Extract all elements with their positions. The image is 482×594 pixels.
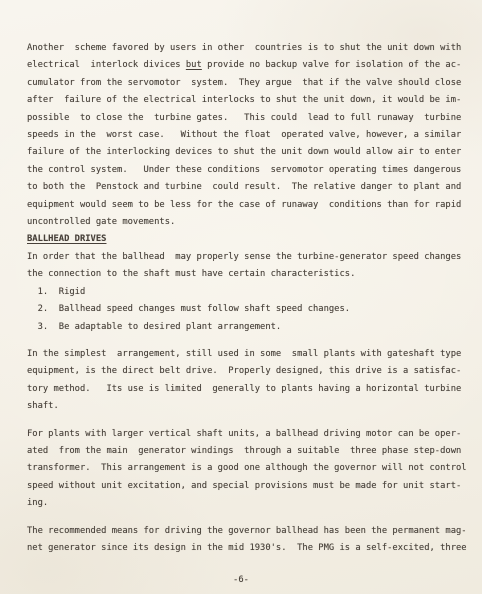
text-segment: tory method. Its use is limited generall… [27,384,461,394]
document-body: Another scheme favored by users in other… [27,40,466,557]
heading-line: BALLHEAD DRIVES [27,231,466,248]
text-line: after failure of the electrical interloc… [27,92,466,109]
text-segment: In order that the ballhead may properly … [27,252,461,262]
text-line: cumulator from the servomotor system. Th… [27,75,466,92]
text-segment: provide no backup valve for isolation of… [202,60,462,70]
text-line: to both the Penstock and turbine could r… [27,179,466,196]
text-segment: equipment, is the direct belt drive. Pro… [27,366,461,376]
paragraph: In the simplest arrangement, still used … [27,346,466,416]
text-segment: shaft. [27,401,59,411]
list-item: 3. Be adaptable to desired plant arrange… [27,319,466,336]
text-segment: cumulator from the servomotor system. Th… [27,78,461,88]
list-item: 2. Ballhead speed changes must follow sh… [27,301,466,318]
text-segment: equipment would seem to be less for the … [27,200,461,210]
text-segment: the control system. Under these conditio… [27,165,461,175]
text-segment: ated from the main generator windings th… [27,446,461,456]
paragraph: For plants with larger vertical shaft un… [27,426,466,513]
text-line: speed without unit excitation, and speci… [27,478,466,495]
text-line: For plants with larger vertical shaft un… [27,426,466,443]
text-segment: failure of the interlocking devices to s… [27,147,461,157]
paragraph: Another scheme favored by users in other… [27,40,466,231]
page-footer: -6- [0,567,482,586]
text-segment: speed without unit excitation, and speci… [27,481,461,491]
text-line: uncontrolled gate movements. [27,214,466,231]
paragraph: The recommended means for driving the go… [27,523,466,558]
text-segment: uncontrolled gate movements. [27,217,175,227]
text-segment: possible to close the turbine gates. Thi… [27,113,461,123]
text-line: the connection to the shaft must have ce… [27,266,466,283]
text-segment: In the simplest arrangement, still used … [27,349,461,359]
text-segment: 3. Be adaptable to desired plant arrange… [27,322,281,332]
text-segment: 2. Ballhead speed changes must follow sh… [27,304,350,314]
page-number: -6- [233,575,249,585]
text-line: speeds in the worst case. Without the fl… [27,127,466,144]
text-line: the control system. Under these conditio… [27,162,466,179]
text-segment: Another scheme favored by users in other… [27,43,461,53]
text-segment: after failure of the electrical interloc… [27,95,461,105]
text-line: ing. [27,495,466,512]
text-line: possible to close the turbine gates. Thi… [27,110,466,127]
text-line: net generator since its design in the mi… [27,540,466,557]
text-segment: 1. Rigid [27,287,85,297]
text-segment: net generator since its design in the mi… [27,543,467,553]
underlined-text: BALLHEAD DRIVES [27,234,106,244]
section-heading: BALLHEAD DRIVES [27,231,466,248]
text-line: transformer. This arrangement is a good … [27,460,466,477]
text-line: electrical interlock divices but provide… [27,57,466,74]
paragraph: In order that the ballhead may properly … [27,249,466,284]
text-segment: For plants with larger vertical shaft un… [27,429,461,439]
text-line: ated from the main generator windings th… [27,443,466,460]
text-segment: transformer. This arrangement is a good … [27,463,467,473]
numbered-list: 1. Rigid 2. Ballhead speed changes must … [27,284,466,336]
text-line: Another scheme favored by users in other… [27,40,466,57]
text-line: The recommended means for driving the go… [27,523,466,540]
text-line: failure of the interlocking devices to s… [27,144,466,161]
text-line: In the simplest arrangement, still used … [27,346,466,363]
underlined-text: but [186,60,202,70]
text-segment: speeds in the worst case. Without the fl… [27,130,461,140]
text-segment: ing. [27,498,48,508]
text-segment: The recommended means for driving the go… [27,526,467,536]
text-line: shaft. [27,398,466,415]
list-item: 1. Rigid [27,284,466,301]
text-line: equipment would seem to be less for the … [27,197,466,214]
text-line: tory method. Its use is limited generall… [27,381,466,398]
text-line: In order that the ballhead may properly … [27,249,466,266]
document-page: Another scheme favored by users in other… [0,0,482,594]
text-line: equipment, is the direct belt drive. Pro… [27,363,466,380]
text-segment: the connection to the shaft must have ce… [27,269,355,279]
text-segment: electrical interlock divices [27,60,186,70]
text-segment: to both the Penstock and turbine could r… [27,182,461,192]
